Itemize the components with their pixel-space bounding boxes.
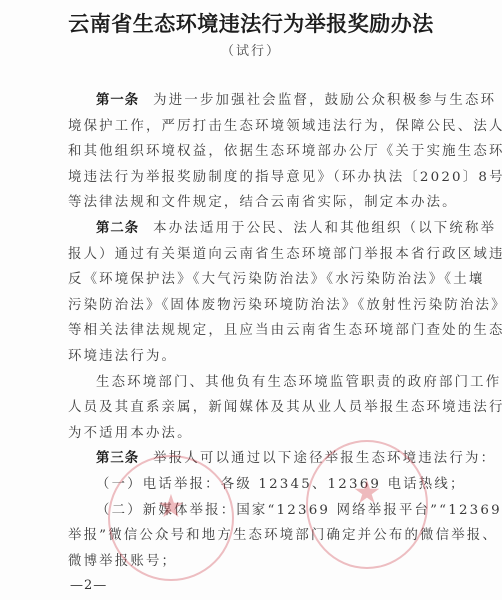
article-text-line: 等法律法规和文件规定，结合云南省实际，制定本办法。 — [68, 190, 464, 216]
document-subtitle: （试行） — [0, 40, 502, 59]
article-text-line: 境保护工作，严厉打击生态环境领域违法行为，保障公民、法人 — [68, 114, 464, 140]
article-3: 第三条举报人可以通过以下途径举报生态环境违法行为： （一）电话举报：各级 123… — [68, 446, 464, 574]
article-label: 第二条 — [96, 221, 139, 236]
article-text-line: 举报人可以通过以下途径举报生态环境违法行为： — [153, 451, 496, 466]
article-text-line: 报人）通过有关渠道向云南省生态环境部门举报本省行政区域违 — [68, 242, 464, 268]
article-text-line: 和其他组织环境权益，依据生态环境部办公厅《关于实施生态环 — [68, 139, 464, 165]
article-text-line: 本办法适用于公民、法人和其他组织（以下统称举 — [153, 221, 496, 236]
article-text-line: 人员及其直系亲属，新闻媒体及其从业人员举报生态环境违法行 — [68, 395, 464, 421]
article-text-line: 为不适用本办法。 — [68, 421, 464, 447]
article-1: 第一条为进一步加强社会监督，鼓励公众积极参与生态环 境保护工作，严厉打击生态环境… — [68, 88, 464, 216]
article-text-line: 举报”微信公众号和地方生态环境部门确定并公布的微信举报、 — [68, 523, 464, 549]
article-label: 第一条 — [96, 93, 139, 108]
page-number: —2— — [70, 578, 107, 593]
article-text-line: 环境违法行为。 — [68, 344, 464, 370]
article-text-line: 为进一步加强社会监督，鼓励公众积极参与生态环 — [153, 93, 496, 108]
article-text-line: 境违法行为举报奖励制度的指导意见》（环办执法〔2020〕8号） — [68, 165, 464, 191]
article-text-line: 生态环境部门、其他负有生态环境监管职责的政府部门工作 — [68, 370, 464, 396]
article-2: 第二条本办法适用于公民、法人和其他组织（以下统称举 报人）通过有关渠道向云南省生… — [68, 216, 464, 446]
document-page: 云南省生态环境违法行为举报奖励办法 （试行） 第一条为进一步加强社会监督，鼓励公… — [0, 0, 502, 600]
article-text-line: 微博举报账号； — [68, 549, 464, 575]
article-label: 第三条 — [96, 451, 139, 466]
article-text-line: 反《环境保护法》《大气污染防治法》《水污染防治法》《土壤 — [68, 267, 464, 293]
article-text-line: 污染防治法》《固体废物污染环境防治法》《放射性污染防治法》 — [68, 293, 464, 319]
document-body: 第一条为进一步加强社会监督，鼓励公众积极参与生态环 境保护工作，严厉打击生态环境… — [68, 88, 464, 574]
article-text-line: 等相关法律法规规定，且应当由云南省生态环境部门查处的生态 — [68, 318, 464, 344]
list-item-phone: （一）电话举报：各级 12345、12369 电话热线； — [68, 472, 464, 498]
document-title: 云南省生态环境违法行为举报奖励办法 — [0, 8, 502, 38]
list-item-new-media: （二）新媒体举报：国家“12369 网络举报平台”“12369 环保 — [68, 498, 464, 524]
